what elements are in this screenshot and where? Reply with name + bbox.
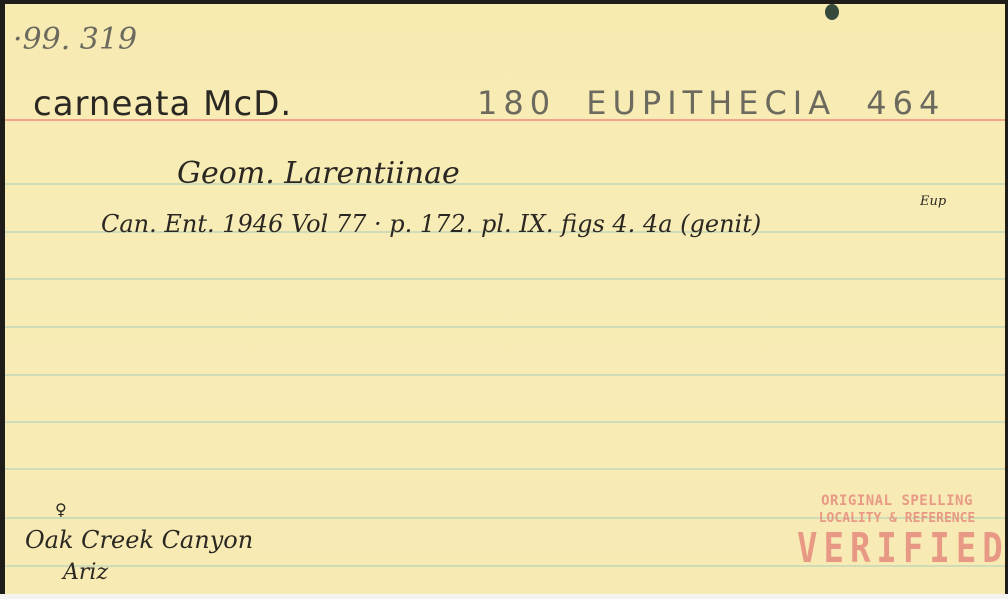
verified-stamp: ORIGINAL SPELLING LOCALITY & REFERENCE V… xyxy=(797,492,997,570)
ink-smudge xyxy=(825,4,839,20)
species-name: carneata McD. xyxy=(33,84,292,124)
index-card: ·99. 319 carneata McD. 180 EUPITHECIA 46… xyxy=(5,4,1005,594)
ruled-line xyxy=(5,278,1005,280)
family-subfamily: Geom. Larentiinae xyxy=(177,156,460,191)
ruled-line xyxy=(5,326,1005,328)
ruled-line xyxy=(5,374,1005,376)
catalog-number: ·99. 319 xyxy=(13,22,137,57)
scan-bottom-edge xyxy=(0,594,1008,599)
genus-number-left: 180 xyxy=(477,84,556,122)
genus-name: EUPITHECIA xyxy=(586,84,836,122)
stamp-line-3: VERIFIED. xyxy=(797,524,997,574)
reference-superscript: Eup xyxy=(920,194,946,209)
locality-line-2: Ariz xyxy=(63,560,108,585)
genus-header: 180 EUPITHECIA 464 xyxy=(477,84,945,122)
ruled-line xyxy=(5,183,1005,185)
sex-symbol: ♀ xyxy=(55,500,67,519)
stamp-line-1: ORIGINAL SPELLING xyxy=(797,492,997,510)
literature-reference: Can. Ent. 1946 Vol 77 · p. 172. pl. IX. … xyxy=(101,210,761,238)
ruled-line xyxy=(5,421,1005,423)
genus-number-right: 464 xyxy=(866,84,945,122)
locality-line-1: Oak Creek Canyon xyxy=(25,526,253,554)
ruled-line xyxy=(5,468,1005,470)
